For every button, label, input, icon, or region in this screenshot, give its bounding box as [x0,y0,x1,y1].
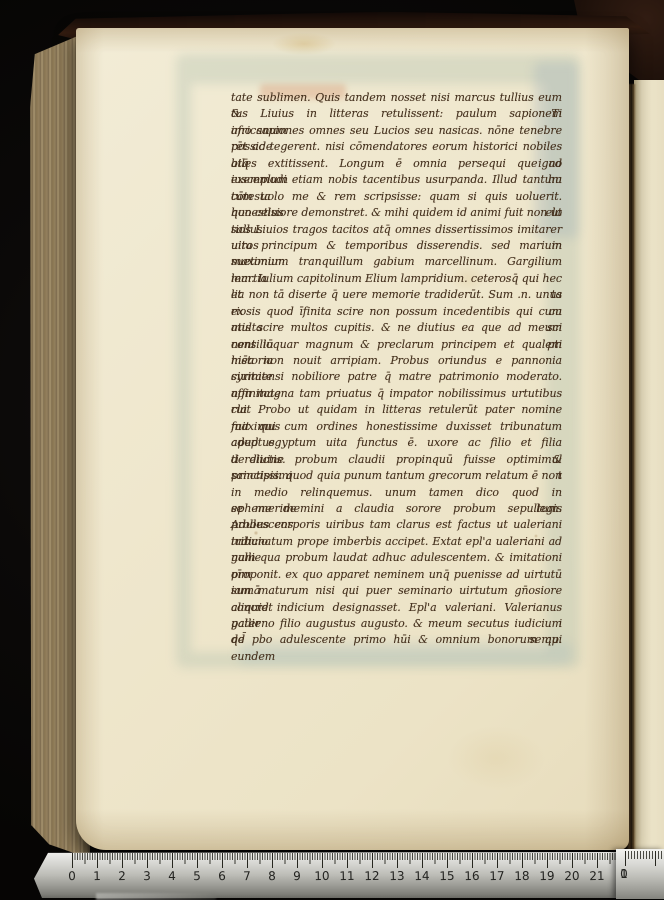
manuscript-page: tate sublimen. Quis tandem nosset nisi m… [76,28,629,850]
manuscript-line: ruit Probo ut quidam in litteras retuler… [231,402,562,418]
manuscript-line: num qua probum laudat adhuc adulescentem… [231,550,562,566]
ruler-number: 17 [488,869,506,885]
manuscript-line: tios Liuios tragos tacitos atq̄ omnes di… [231,222,562,238]
ruler-number: 16 [463,869,481,885]
ruler-number: 20 [563,869,581,885]
ruler-number: 10 [313,869,331,885]
manuscript-line: tum uolo me & rem scripsisse: quam si qu… [231,189,562,205]
ruler-number: 7 [238,869,256,885]
second-ruler: 0 1 [616,849,664,899]
ruler-number: 9 [288,869,306,885]
manuscript-line: mēa non nouit arripiam. Probus oriundus … [231,353,562,369]
manuscript-line: suetonium tranquillum gabium marcellinum… [231,254,562,270]
manuscript-line: proponit. ex quo apparet neminem unq̄ pu… [231,567,562,583]
ruler-numbers: 0 1 2 3 4 5 6 7 8 9 10 11 [63,869,606,885]
manuscript-line: non magna tam priuatus q̄ impator nobili… [231,386,562,402]
ruler-number: 15 [438,869,456,885]
manuscript-line: tate sublimen. Quis tandem nosset nisi m… [231,90,562,106]
manuscript-line: imo sapiones omnes seu Lucios seu nasica… [231,123,562,139]
second-ruler-numbers: 0 1 [617,867,663,883]
ruler-number: 14 [413,869,431,885]
ruler-number: 18 [513,869,531,885]
ruler-number: 13 [388,869,406,885]
manuscript-line: lem. Iulium capitolinum Elium lampridium… [231,271,562,287]
ruler-number: 19 [538,869,556,885]
ruler-number: 4 [163,869,181,885]
manuscript-line: iam maturum nisi qui puer seminario uirt… [231,583,562,599]
ruler-number: 2 [113,869,131,885]
photo-stage: tate sublimen. Quis tandem nosset nisi m… [0,0,664,900]
ruler-number: 12 [363,869,381,885]
ruler: 0 1 2 3 4 5 6 7 8 9 10 11 [34,852,664,898]
manuscript-line: atis scire multos cupitis. & ne diutius … [231,320,562,336]
ruler-number: 1 [88,869,106,885]
manuscript-line: tribunatum prope imberbis accipet. Extat… [231,534,562,550]
manuscript-line: tus Liuius in litteras retulissent: paul… [231,106,562,122]
manuscript-line: aliquid indicium designasset. Epl'a vale… [231,600,562,616]
manuscript-line: rēt ac tegerent. nisi cōmendatores eorum… [231,139,562,155]
manuscript-line: uita principum & temporibus disserendis.… [231,238,562,254]
manuscript-line: riosis quod īfinita scire non possum inc… [231,304,562,320]
ruler-number: 21 [588,869,606,885]
manuscript-line: syrmiensi nobiliore patre q̄ matre patri… [231,369,562,385]
ruler-number: 8 [263,869,281,885]
manuscript-line: se me memini a claudia sorore probum sep… [231,501,562,517]
ruler-number: 1 [617,867,631,881]
manuscript-line: biles extitissent. Longum ē omnia perseq… [231,156,562,172]
manuscript-line: iuscemodi etiam nobis tacentibus usurpan… [231,172,562,188]
ruler-number: 5 [188,869,206,885]
manuscript-line: apud egyptum uita functus ē. uxore ac fi… [231,435,562,451]
manuscript-line: de pbo adulescente primo hūi & omnium bo… [231,632,562,648]
facing-page-edge [634,80,664,852]
manuscript-line: nent loquar magnum & preclarum principem… [231,337,562,353]
manuscript-line: ti diuine probum claudii propinquū fuiss… [231,452,562,468]
ruler-reflection [96,893,216,900]
manuscript-text-block: tate sublimen. Quis tandem nosset nisi m… [231,90,562,652]
manuscript-line: gallieno filio augustus augusto. & meum … [231,616,562,632]
manuscript-line: quo celsiore demonstret. & mihi quidem i… [231,205,562,221]
ruler-number: 3 [138,869,156,885]
manuscript-line: principis. quod quia punum tantum grecor… [231,468,562,484]
manuscript-line: in medio relinquemus. unum tamen dico qu… [231,485,562,501]
manuscript-line: fuit qui cum ordines honestissime duxiss… [231,419,562,435]
ruler-number: 0 [63,869,81,885]
manuscript-line: probus corporis uiribus tam clarus est f… [231,517,562,533]
ruler-number: 6 [213,869,231,885]
ruler-number: 11 [338,869,356,885]
manuscript-line: lia non tā diserte q̄ uere memorie tradi… [231,287,562,303]
